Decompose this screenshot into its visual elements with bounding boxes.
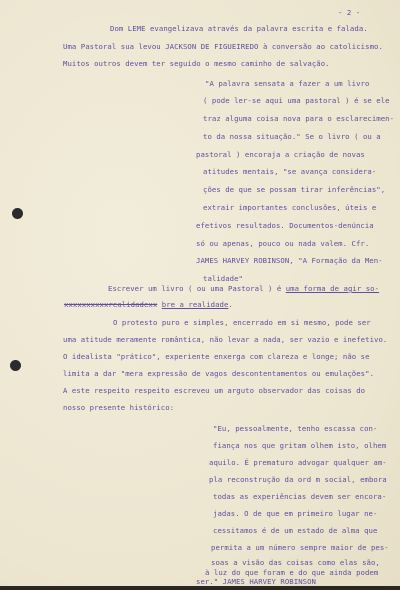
scan-bottom-edge [0,586,400,590]
underlined-phrase-cont: bre a realidade [162,300,229,309]
page-number: - 2 - [338,8,360,18]
quote1-line10: só ou apenas, pouco ou nada valem. Cfr. [196,239,369,249]
paragraph2-line1: Escrever um livro ( ou uma Pastoral ) é … [108,284,379,294]
quote1-line3: traz alguma coisa nova para o esclarecim… [203,114,394,124]
quote1-line2: ( pode ler-se aqui uma pastoral ) é se e… [203,96,390,106]
punch-hole-bottom [10,360,21,371]
paragraph2-text: Escrever um livro ( ou uma Pastoral ) é [108,284,286,293]
paragraph3-line2: uma atitude meramente romântica, não lev… [63,335,387,345]
punch-hole-top [12,208,23,219]
paragraph3-line1: O protesto puro e simples, encerrado em … [113,318,371,328]
struck-out-text: xxxxxxxxxxrealidadexx [64,300,157,309]
paragraph2-line2: xxxxxxxxxxrealidadexx bre a realidade. [64,300,233,310]
paragraph3-line3: O idealista "prático", experiente enxerg… [63,352,370,362]
quote2-line2: fiança nos que gritam olhem isto, olhem [213,441,386,451]
quote1-line9: efetivos resultados. Documentos-denúncia [196,221,374,231]
paragraph3-line6: nosso presente histórico: [63,403,174,413]
quote1-line4: to da nossa situação." Se o livro ( ou a [203,132,381,142]
quote2-line8: permita a um número sempre maior de pes- [211,543,389,553]
typewritten-page: - 2 - Dom LEME evangelizava através da p… [0,0,400,586]
paragraph1-line3: Muitos outros devem ter seguido o mesmo … [63,59,330,69]
quote1-line8: extrair importantes conclusões, úteis e [203,203,376,213]
period: . [228,300,232,309]
quote2-line9: soas a visão das coisas como elas são, [211,558,380,568]
quote2-line3: aquilo. É prematuro advogar qualquer am- [209,458,387,468]
quote1-line12: talidade" [203,274,243,284]
paragraph1-line2: Uma Pastoral sua levou JACKSON DE FIGUEI… [63,42,383,52]
quote2-line5: todas as experiências devem ser encora- [213,492,386,502]
quote2-line6: jadas. O de que em primeiro lugar ne- [213,509,377,519]
paragraph3-line5: A este respeito respeito escreveu um arg… [63,386,365,396]
quote1-line1: "A palavra sensata a fazer a um livro [205,79,369,89]
paragraph3-line4: limita a dar "mera expressão de vagos de… [63,369,374,379]
quote2-line1: "Eu, pessoalmente, tenho escassa con- [213,424,377,434]
underlined-phrase: uma forma de agir so- [286,284,379,293]
paragraph1-line1: Dom LEME evangelizava através da palavra… [110,24,368,34]
quote1-line11: JAMES HARVEY ROBINSON, "A Formação da Me… [196,256,383,266]
quote2-line7: cessitamos é de um estado de alma que [213,526,377,536]
quote1-line5: pastoral ) encoraja a criação de novas [196,150,365,160]
quote1-line6: atitudes mentais, "se avança considera- [203,167,376,177]
quote2-line4: pla reconstrução da ord m social, embora [209,475,387,485]
quote1-line7: ções de que se possam tirar inferências"… [203,185,385,195]
